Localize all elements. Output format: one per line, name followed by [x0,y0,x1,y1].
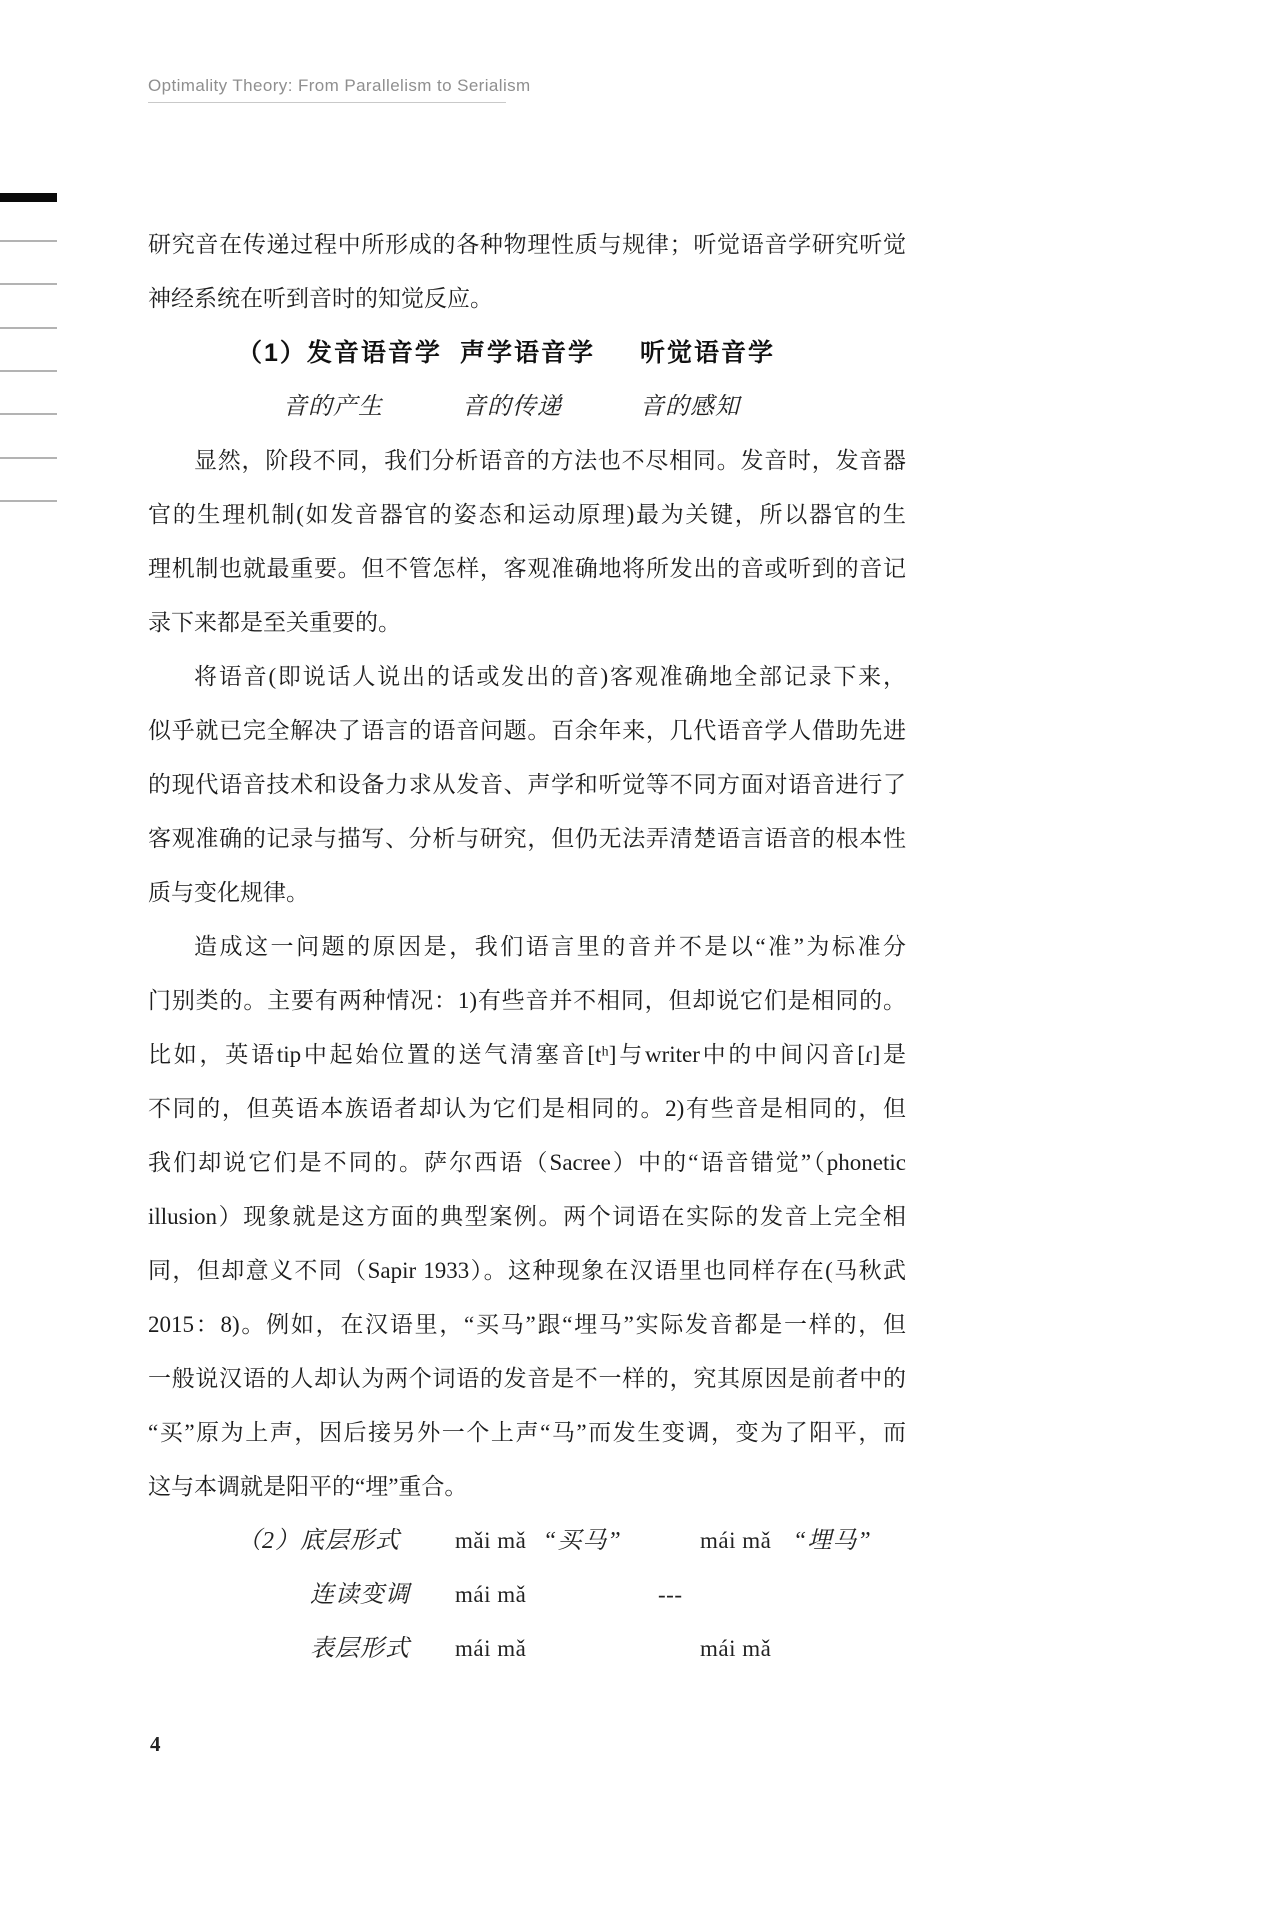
row-label-surface-form: 表层形式 [310,1622,410,1676]
margin-mark [0,283,57,285]
text-line: 研究音在传递过程中所形成的各种物理性质与规律；听觉语音学研究听觉 [148,218,906,272]
text-line: 造成这一问题的原因是，我们语言里的音并不是以“准”为标准分 [148,920,906,974]
text-line: 门别类的。主要有两种情况：1)有些音并不相同，但却说它们是相同的。 [148,974,906,1028]
text-line: 同，但却意义不同（Sapir 1933）。这种现象在汉语里也同样存在(马秋武 [148,1244,906,1298]
row-label-underlying-form: （2）底层形式 [237,1514,400,1568]
text-line: 官的生理机制(如发音器官的姿态和运动原理)最为关键，所以器官的生 [148,488,906,542]
text-line: 这与本调就是阳平的“埋”重合。 [148,1460,906,1514]
example-1: （1）发音语音学 声学语音学 听觉语音学 音的产生 音的传递 音的感知 [148,326,906,434]
text-line: 我们却说它们是不同的。萨尔西语（Sacree）中的“语音错觉”（phonetic [148,1136,906,1190]
example-1-term-acoustic: 声学语音学 [460,326,595,380]
margin-mark [0,327,57,329]
example-1-row-glosses: 音的产生 音的传递 音的感知 [148,380,906,434]
example-marker: （1） [237,339,307,367]
hanzi-buy-horse: “买马” [543,1514,622,1568]
text-line: 不同的，但英语本族语者却认为它们是相同的。2)有些音是相同的，但 [148,1082,906,1136]
example-2-row-surface: 表层形式 mái mǎ mái mǎ [148,1622,906,1676]
hanzi-bury-horse: “埋马” [793,1514,872,1568]
example-1-term-articulatory: （1）发音语音学 [237,326,442,380]
margin-mark [0,457,57,459]
paragraph-4: 造成这一问题的原因是，我们语言里的音并不是以“准”为标准分 门别类的。主要有两种… [148,920,906,1514]
example-2-row-sandhi: 连读变调 mái mǎ --- [148,1568,906,1622]
paragraph-3: 将语音(即说话人说出的话或发出的音)客观准确地全部记录下来， 似乎就已完全解决了… [148,650,906,920]
book-page: Optimality Theory: From Parallelism to S… [0,0,1280,1905]
running-header: Optimality Theory: From Parallelism to S… [148,76,531,96]
pinyin-surface-2: mái mǎ [700,1622,771,1676]
row-label-tone-sandhi: 连读变调 [310,1568,410,1622]
gloss-perception: 音的感知 [640,380,740,434]
text-line: 质与变化规律。 [148,866,906,920]
gloss-production: 音的产生 [283,380,383,434]
text-line: 将语音(即说话人说出的话或发出的音)客观准确地全部记录下来， [148,650,906,704]
term-label: 发音语音学 [307,339,442,367]
margin-mark-thick [0,193,57,202]
text-line: 的现代语音技术和设备力求从发音、声学和听觉等不同方面对语音进行了 [148,758,906,812]
text-line: 显然，阶段不同，我们分析语音的方法也不尽相同。发音时，发音器 [148,434,906,488]
pinyin-surface-1: mái mǎ [455,1622,526,1676]
margin-mark [0,240,57,242]
gloss-transmission: 音的传递 [462,380,562,434]
text-line: 一般说汉语的人却认为两个词语的发音是不一样的，究其原因是前者中的 [148,1352,906,1406]
pinyin-mai3ma3: mǎi mǎ [455,1514,526,1568]
header-rule [148,102,506,103]
text-line: 录下来都是至关重要的。 [148,596,906,650]
pinyin-mai2ma3: mái mǎ [700,1514,771,1568]
pinyin-sandhi-result: mái mǎ [455,1568,526,1622]
text-line: “买”原为上声，因后接另外一个上声“马”而发生变调，变为了阳平，而 [148,1406,906,1460]
text-line: 比如，英语tip中起始位置的送气清塞音[tʰ]与writer中的中间闪音[ɾ]是 [148,1028,906,1082]
margin-mark [0,370,57,372]
margin-mark [0,413,57,415]
example-1-row-terms: （1）发音语音学 声学语音学 听觉语音学 [148,326,906,380]
row-label: 底层形式 [300,1528,400,1554]
example-1-term-auditory: 听觉语音学 [640,326,775,380]
text-line: 神经系统在听到音时的知觉反应。 [148,272,906,326]
text-line: 客观准确的记录与描写、分析与研究，但仍无法弄清楚语言语音的根本性 [148,812,906,866]
text-line: 似乎就已完全解决了语言的语音问题。百余年来，几代语音学人借助先进 [148,704,906,758]
text-line: 理机制也就最重要。但不管怎样，客观准确地将所发出的音或听到的音记 [148,542,906,596]
margin-mark [0,500,57,502]
text-column: 研究音在传递过程中所形成的各种物理性质与规律；听觉语音学研究听觉 神经系统在听到… [148,218,906,1676]
paragraph-2: 显然，阶段不同，我们分析语音的方法也不尽相同。发音时，发音器 官的生理机制(如发… [148,434,906,650]
sandhi-not-applicable: --- [658,1568,682,1622]
example-2: （2）底层形式 mǎi mǎ “买马” mái mǎ “埋马” 连读变调 mái… [148,1514,906,1676]
page-number: 4 [150,1732,161,1757]
text-line: illusion）现象就是这方面的典型案例。两个词语在实际的发音上完全相 [148,1190,906,1244]
example-marker: （2） [237,1528,300,1554]
example-2-row-underlying: （2）底层形式 mǎi mǎ “买马” mái mǎ “埋马” [148,1514,906,1568]
paragraph-1: 研究音在传递过程中所形成的各种物理性质与规律；听觉语音学研究听觉 神经系统在听到… [148,218,906,326]
text-line: 2015：8)。例如，在汉语里，“买马”跟“埋马”实际发音都是一样的，但 [148,1298,906,1352]
